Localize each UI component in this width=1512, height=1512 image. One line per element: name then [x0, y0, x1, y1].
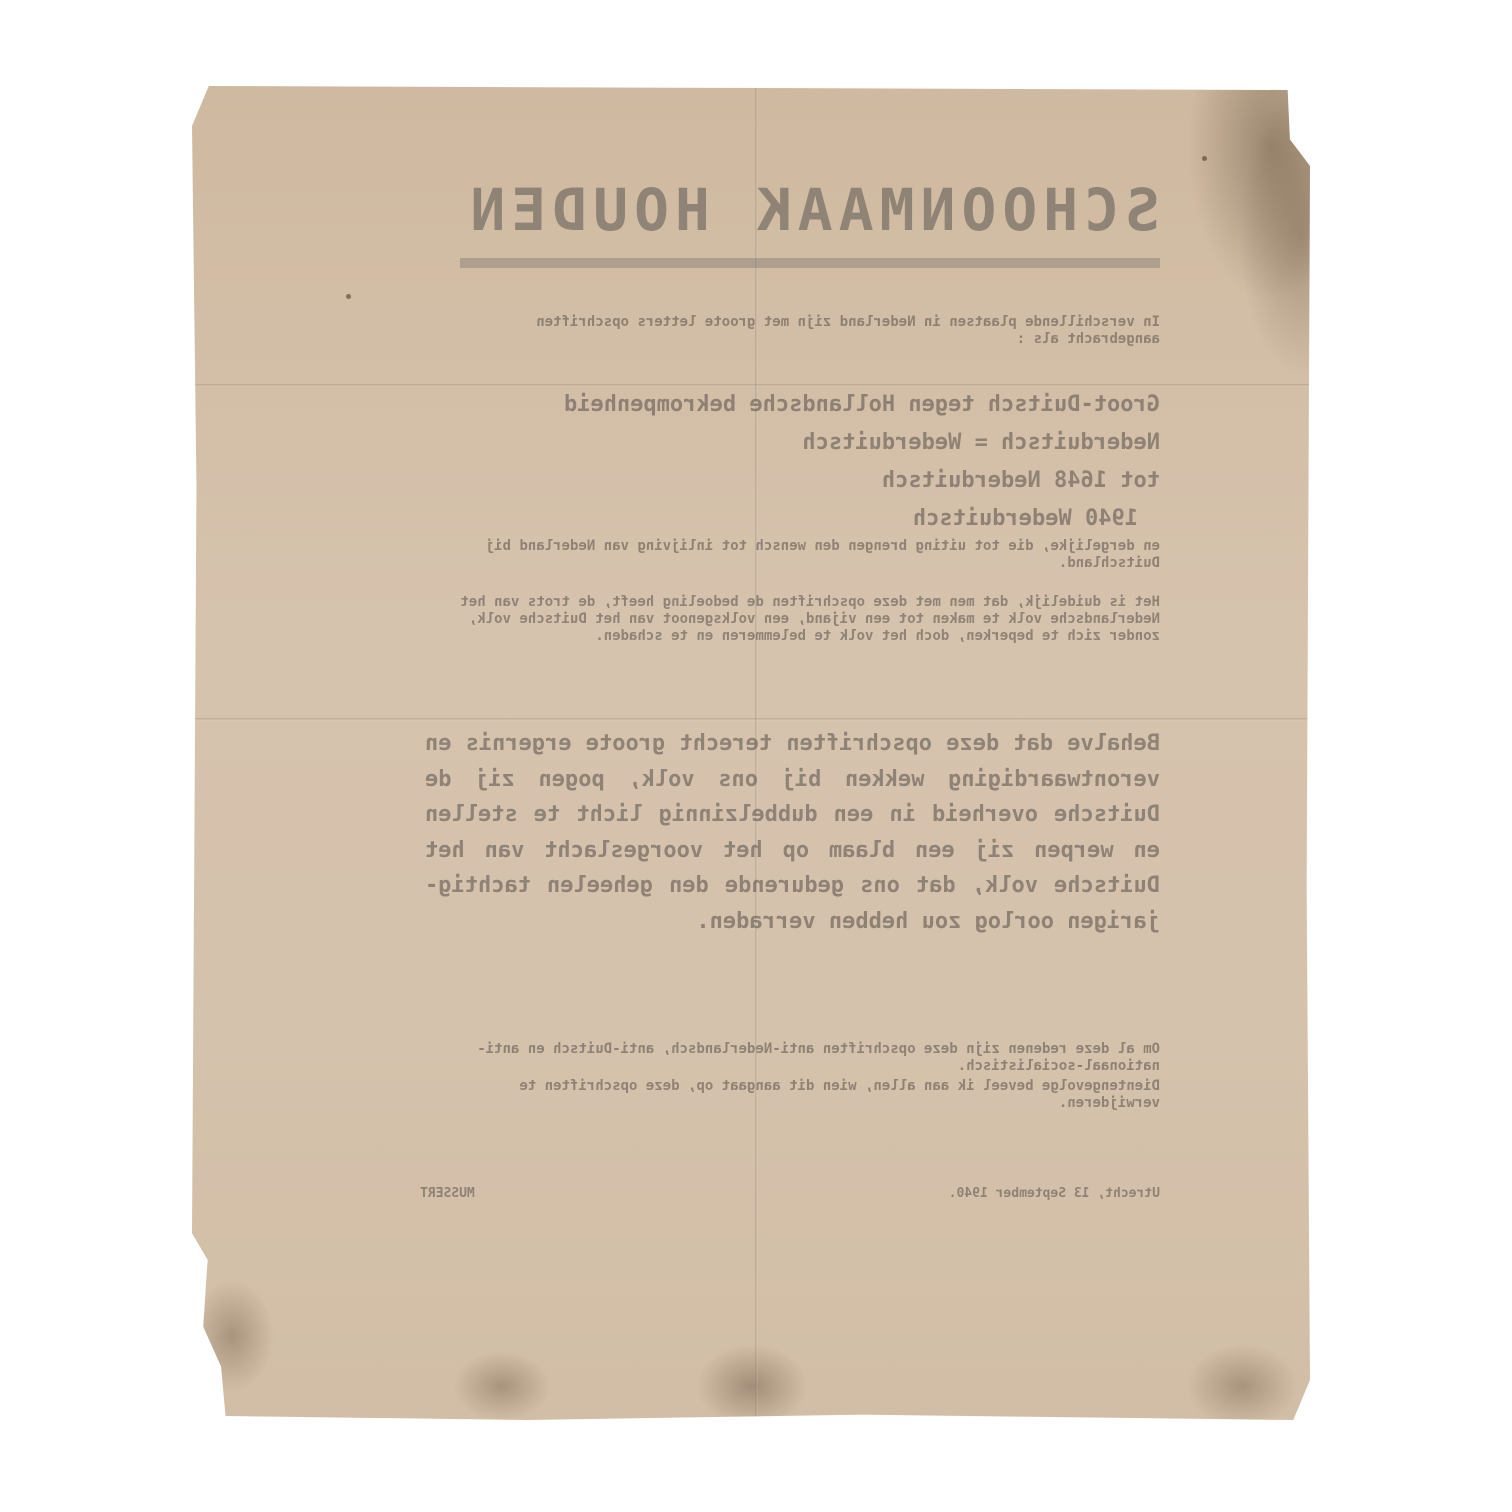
slogan-line: Groot-Duitsch tegen Hollandsche bekrompe…: [440, 386, 1160, 424]
slogan-line: Nederduitsch = Wederduitsch: [440, 424, 1160, 462]
paragraph-3: Om al deze redenen zijn deze opschriften…: [440, 1041, 1160, 1075]
paragraph-2: Het is duidelijk, dat men met deze opsch…: [440, 594, 1160, 645]
slogan-line: tot 1648 Nederduitsch: [440, 462, 1160, 500]
main-paragraph: Behalve dat deze opschriften terecht gro…: [425, 726, 1160, 939]
paragraph-4: Dientengevolge beveel ik aan allen, wien…: [440, 1078, 1160, 1112]
slogan-list: Groot-Duitsch tegen Hollandsche bekrompe…: [440, 386, 1160, 538]
signature: MUSSERT: [420, 1186, 475, 1201]
place-date: Utrecht, 13 September 1940.: [949, 1186, 1160, 1201]
poster-title: SCHOONMAAK HOUDEN: [460, 176, 1160, 244]
slogan-line: 1940 Wederduitsch: [440, 500, 1160, 538]
title-underline: [460, 258, 1160, 268]
paragraph-1: en dergelijke, die tot uiting brengen de…: [440, 538, 1160, 572]
mirrored-showthrough-text: SCHOONMAAK HOUDEN In verschillende plaat…: [192, 86, 1310, 1420]
signature-line: Utrecht, 13 September 1940. MUSSERT: [420, 1186, 1160, 1201]
intro-paragraph: In verschillende plaatsen in Nederland z…: [440, 314, 1160, 348]
aged-poster-sheet: SCHOONMAAK HOUDEN In verschillende plaat…: [192, 86, 1310, 1420]
